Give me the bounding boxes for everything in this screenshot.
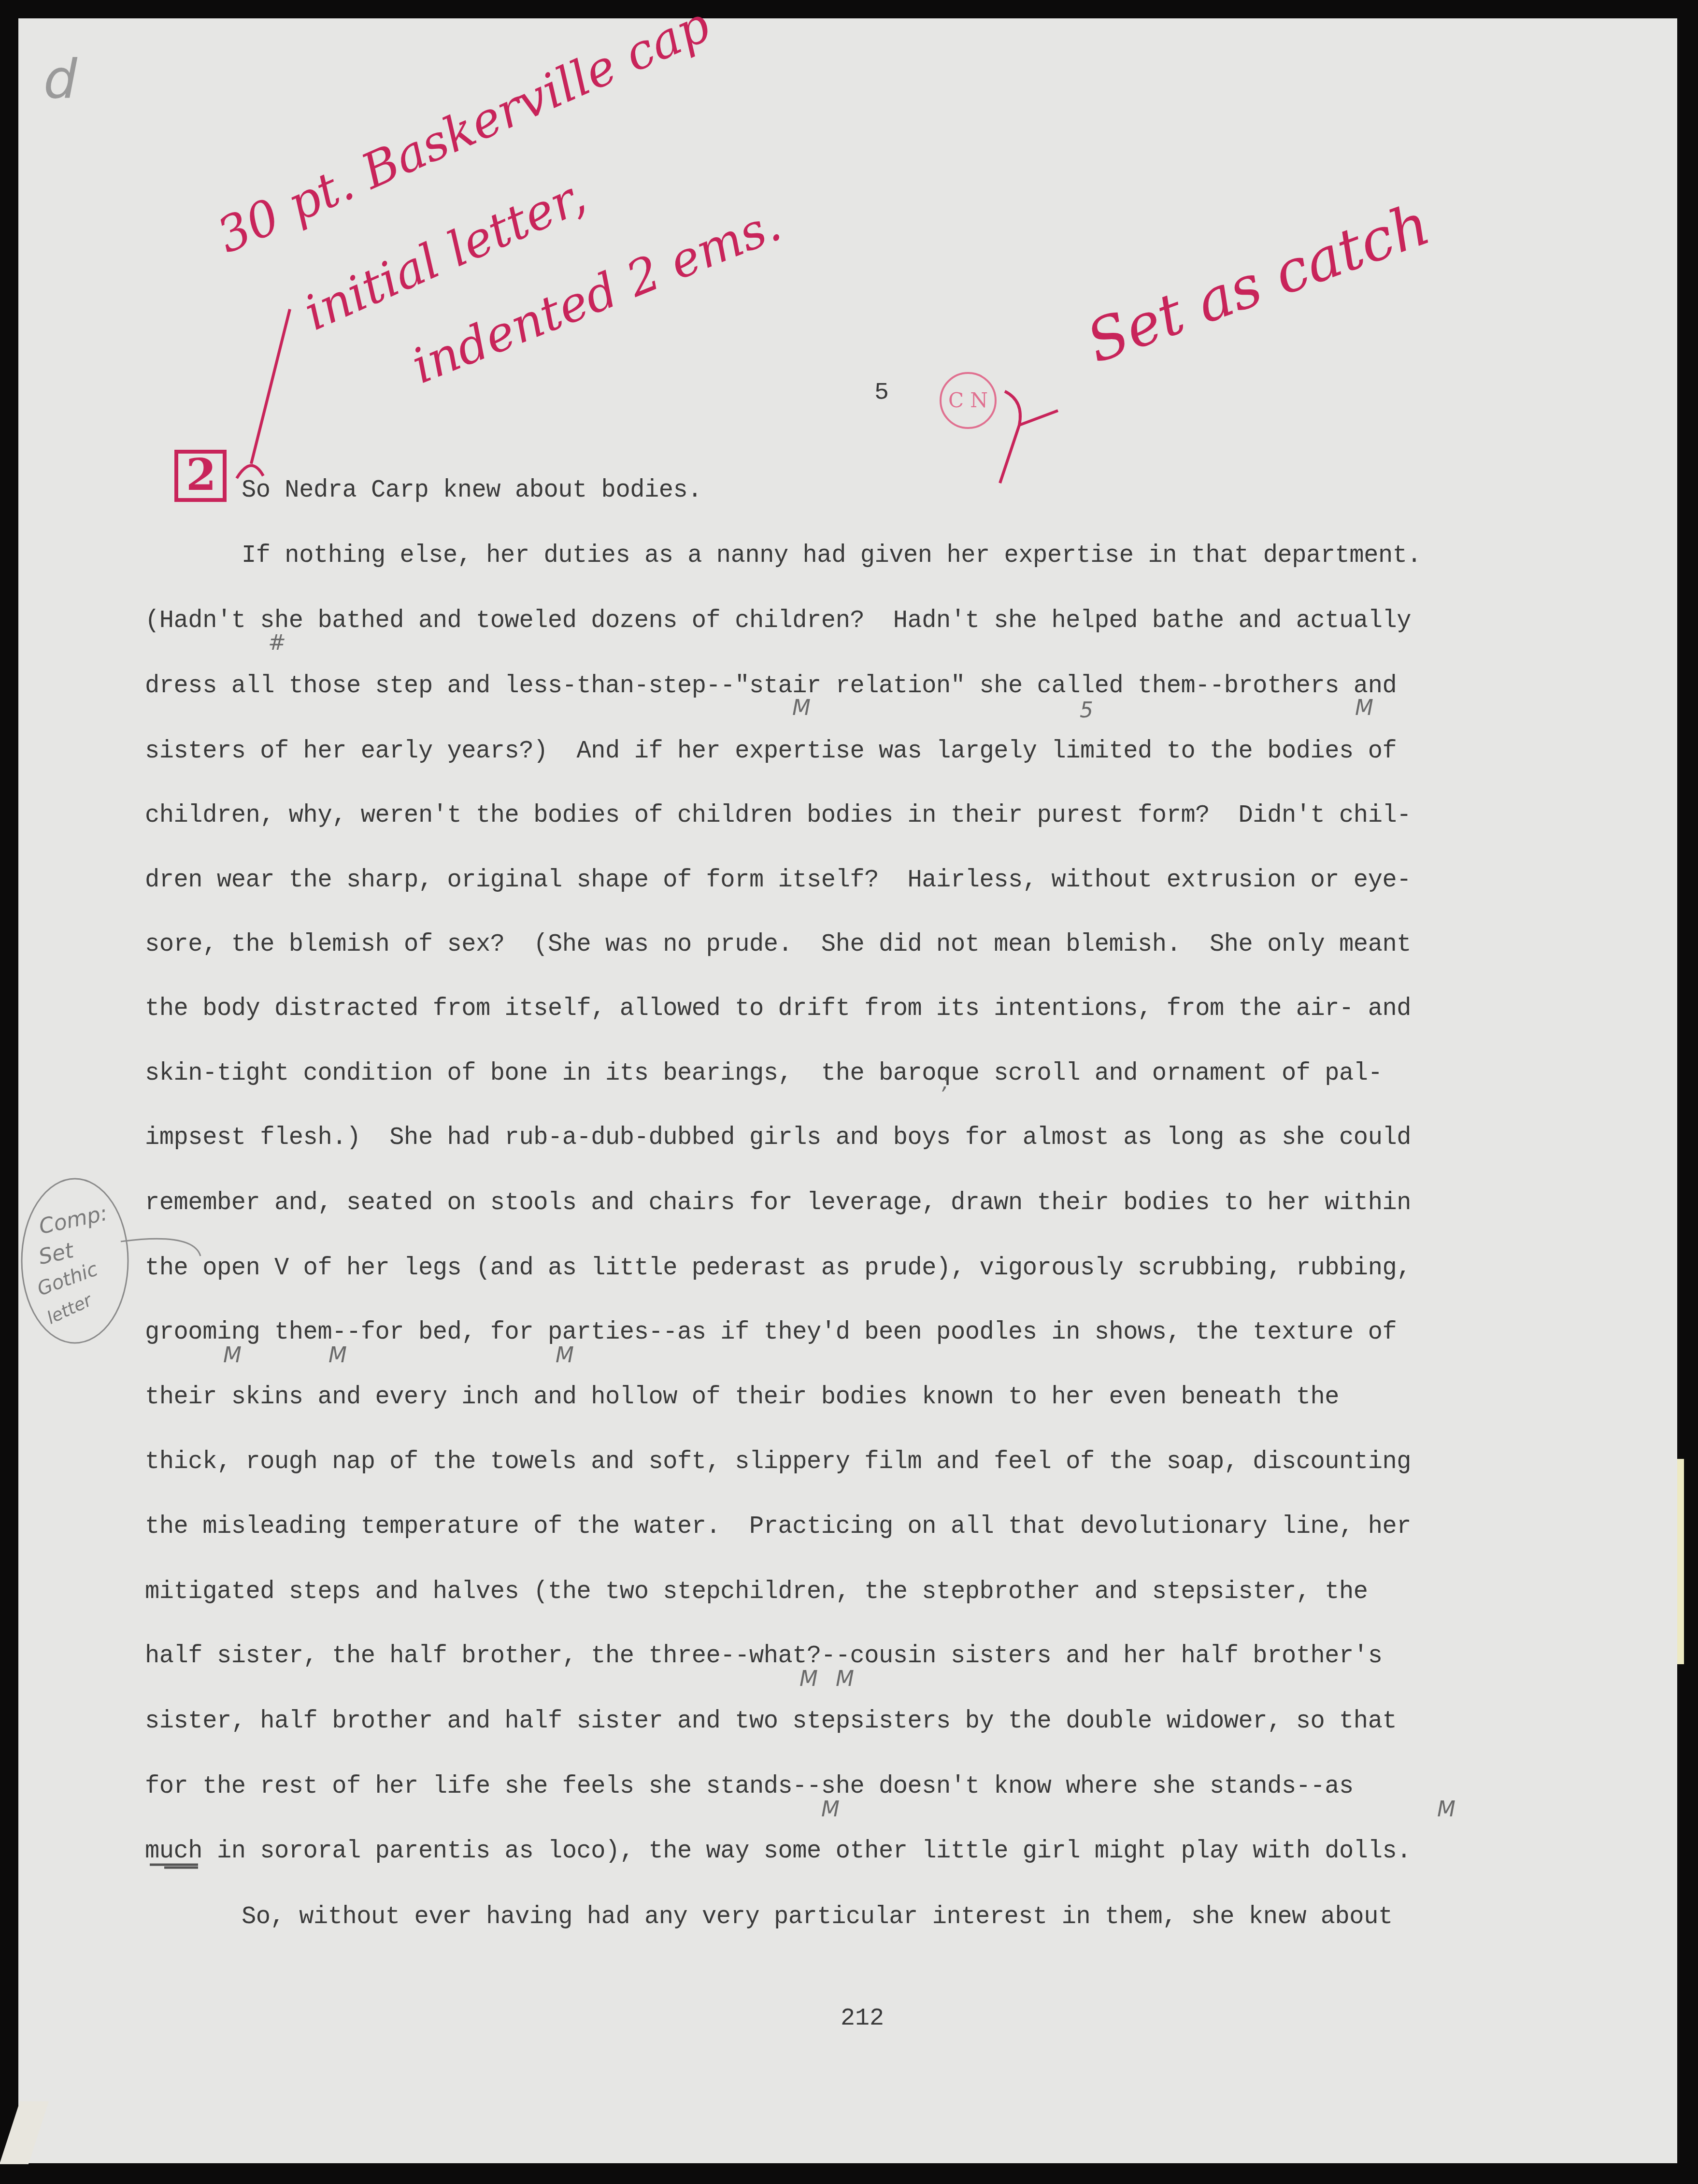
body-line: dren wear the sharp, original shape of f…: [145, 866, 1411, 894]
page-number: 212: [841, 2005, 884, 2032]
body-line: remember and, seated on stools and chair…: [145, 1188, 1411, 1217]
em-dash-mark: M: [223, 1343, 242, 1368]
stet-mark: 5: [1080, 698, 1093, 723]
body-line: thick, rough nap of the towels and soft,…: [145, 1447, 1411, 1476]
body-line: skin-tight condition of bone in its bear…: [145, 1059, 1382, 1087]
body-line: sore, the blemish of sex? (She was no pr…: [145, 930, 1411, 958]
body-line: children, why, weren't the bodies of chi…: [145, 801, 1411, 829]
body-line: for the rest of her life she feels she s…: [145, 1772, 1354, 1800]
body-line: So, without ever having had any very par…: [242, 1902, 1393, 1931]
body-line: impsest flesh.) She had rub-a-dub-dubbed…: [145, 1123, 1411, 1152]
body-line: mitigated steps and halves (the two step…: [145, 1577, 1368, 1606]
semicolon-mark: ;: [942, 1070, 949, 1095]
em-dash-mark: M: [1355, 696, 1373, 720]
em-dash-mark: M: [556, 1343, 574, 1368]
body-line: the open V of her legs (and as little pe…: [145, 1254, 1411, 1282]
em-dash-mark: M: [1437, 1797, 1455, 1822]
body-line: dress all those step and less-than-step-…: [145, 671, 1397, 700]
em-dash-mark: M: [328, 1343, 347, 1368]
body-line: (Hadn't she bathed and toweled dozens of…: [145, 606, 1411, 635]
em-dash-mark: M: [821, 1797, 840, 1822]
body-line: much in sororal parentis as loco), the w…: [145, 1837, 1411, 1865]
body-line: their skins and every inch and hollow of…: [145, 1383, 1339, 1411]
paragraph-1-line: So Nedra Carp knew about bodies.: [242, 476, 702, 504]
body-line: the body distracted from itself, allowed…: [145, 994, 1411, 1023]
body-line: half sister, the half brother, the three…: [145, 1642, 1382, 1670]
drop-cap-mark: 2: [186, 449, 216, 500]
body-line: sisters of her early years?) And if her …: [145, 737, 1397, 765]
body-line: grooming them--for bed, for parties--as …: [145, 1318, 1397, 1346]
body-line: If nothing else, her duties as a nanny h…: [242, 541, 1421, 570]
em-dash-mark: M: [792, 696, 811, 720]
body-line: sister, half brother and half sister and…: [145, 1707, 1397, 1735]
em-dash-mark: M: [799, 1667, 818, 1691]
body-line: the misleading temperature of the water.…: [145, 1512, 1411, 1541]
space-mark: #: [268, 630, 286, 655]
em-dash-mark: M: [836, 1667, 854, 1691]
